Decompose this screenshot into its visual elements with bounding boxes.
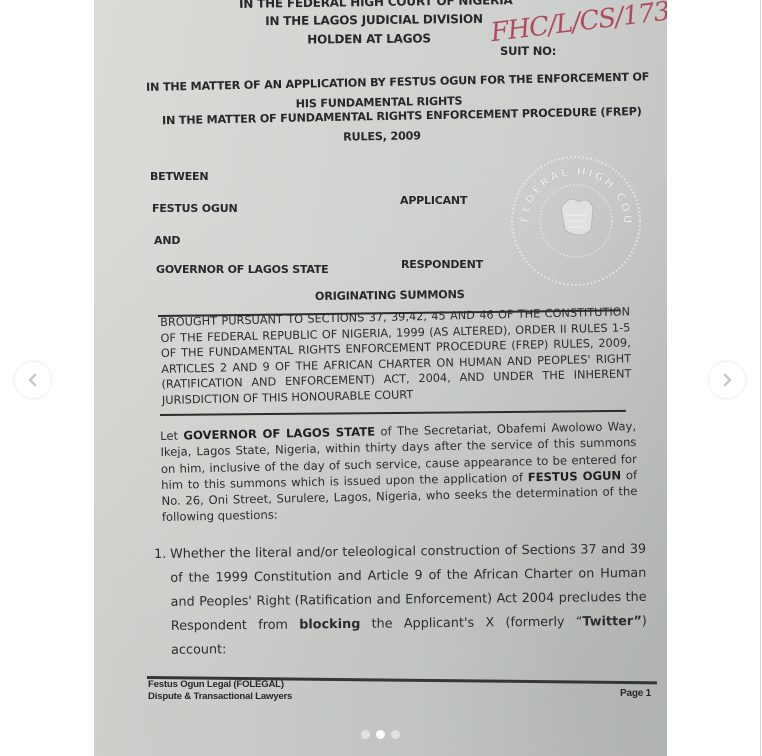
clause-divider [160,410,626,416]
question-item-1: 1. Whether the literal and/or teleologic… [154,538,647,663]
suit-no-label: SUIT NO: [500,44,556,58]
originating-summons-page: IN THE FEDERAL HIGH COURT OF NIGERIA IN … [94,0,667,756]
summons-paragraph: Let GOVERNOR OF LAGOS STATE of The Secre… [160,418,638,526]
court-heading-line-1: IN THE FEDERAL HIGH COURT OF NIGERIA [239,0,509,11]
applicant-bold: FESTUS OGUN [528,468,622,484]
court-heading-line-2: IN THE LAGOS JUDICIAL DIVISION [254,12,494,29]
chevron-right-icon [720,373,734,387]
question-text: Whether the literal and/or teleological … [170,538,647,663]
respondent-name: GOVERNOR OF LAGOS STATE [156,263,328,276]
matter-line-1: IN THE MATTER OF AN APPLICATION BY FESTU… [146,71,616,94]
court-seal-icon: FEDERAL HIGH COURT OF NIGERIA [506,153,646,288]
handwritten-suit-number: FHC/L/CS/1739/25 [489,0,667,48]
court-seal-emboss: FEDERAL HIGH COURT OF NIGERIA [506,153,646,288]
previous-slide-button[interactable] [15,362,51,398]
document-title: ORIGINATING SUMMONS [315,288,465,303]
footer-firm-name: Festus Ogun Legal (FOLEGAL) [148,679,284,690]
footer-firm-tagline: Dispute & Transactional Lawyers [148,691,292,702]
page-number: Page 1 [620,688,651,699]
respondent-bold: GOVERNOR OF LAGOS STATE [183,424,375,442]
next-slide-button[interactable] [709,362,745,398]
document-photo: IN THE FEDERAL HIGH COURT OF NIGERIA IN … [94,0,667,756]
respondent-role: RESPONDENT [401,258,483,271]
applicant-name: FESTUS OGUN [152,202,237,215]
applicant-role: APPLICANT [400,194,467,207]
viewer-edge-divider [760,0,761,756]
bold-text-run: Twitter” [582,614,642,630]
chevron-left-icon [26,373,40,387]
text-run: the Applicant's X (formerly “ [360,615,582,632]
court-heading-line-3: HOLDEN AT LAGOS [284,31,454,46]
bold-text-run: blocking [299,617,360,633]
slide-dot-3[interactable] [391,730,400,739]
slide-dot-1[interactable] [361,730,370,739]
brought-pursuant-clause: BROUGHT PURSUANT TO SECTIONS 37, 39,42, … [160,304,632,408]
slide-dot-2-active[interactable] [376,730,385,739]
and-label: AND [154,234,180,247]
slide-indicator [361,730,400,739]
matter-line-4: RULES, 2009 [342,129,422,143]
question-number: 1. [154,543,166,567]
between-label: BETWEEN [150,170,208,183]
matter-line-3: IN THE MATTER OF FUNDAMENTAL RIGHTS ENFO… [162,106,602,127]
text-run: Let [160,429,184,443]
